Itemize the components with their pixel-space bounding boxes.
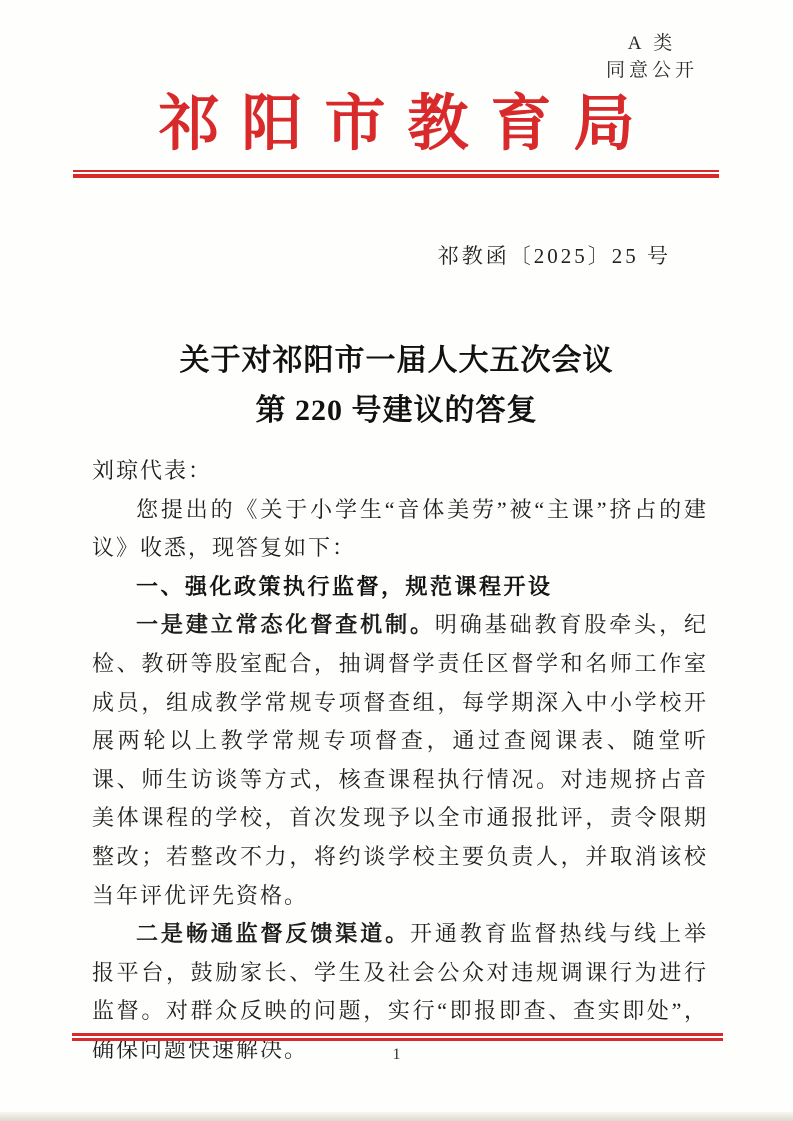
document-page: A 类 同意公开 祁阳市教育局 祁教函〔2025〕25 号 关于对祁阳市一届人大…: [0, 0, 793, 1121]
paragraph-1-lead: 一是建立常态化督查机制。: [136, 612, 435, 637]
footer-rule: [72, 1033, 723, 1041]
page-number: 1: [0, 1046, 793, 1064]
intro-paragraph: 您提出的《关于小学生“音体美劳”被“主课”挤占的建议》收悉，现答复如下：: [92, 491, 708, 568]
masthead-rule: [73, 170, 719, 178]
agency-masthead: 祁阳市教育局: [0, 88, 793, 162]
masthead-rule-thick-line: [73, 174, 719, 178]
scan-bottom-edge: [0, 1112, 793, 1121]
doc-reference-number: 祁教函〔2025〕25 号: [0, 240, 671, 270]
document-title-line2: 第 220 号建议的答复: [0, 386, 793, 436]
footer-rule-bottom-line: [72, 1038, 723, 1041]
document-title: 关于对祁阳市一届人大五次会议 第 220 号建议的答复: [0, 336, 793, 436]
classification-block: A 类 同意公开: [596, 30, 708, 84]
paragraph-1-text: 明确基础教育股牵头，纪检、教研等股室配合，抽调督学责任区督学和名师工作室成员，组…: [92, 612, 708, 907]
publicity-label: 同意公开: [596, 57, 708, 84]
paragraph-1: 一是建立常态化督查机制。明确基础教育股牵头，纪检、教研等股室配合，抽调督学责任区…: [92, 606, 708, 915]
salutation: 刘琼代表：: [92, 452, 708, 491]
classification-label: A 类: [596, 30, 708, 57]
document-body: 刘琼代表： 您提出的《关于小学生“音体美劳”被“主课”挤占的建议》收悉，现答复如…: [92, 452, 708, 1070]
paragraph-2-lead: 二是畅通监督反馈渠道。: [136, 921, 410, 946]
document-title-line1: 关于对祁阳市一届人大五次会议: [0, 336, 793, 386]
section-1-heading: 一、强化政策执行监督，规范课程开设: [92, 568, 708, 607]
